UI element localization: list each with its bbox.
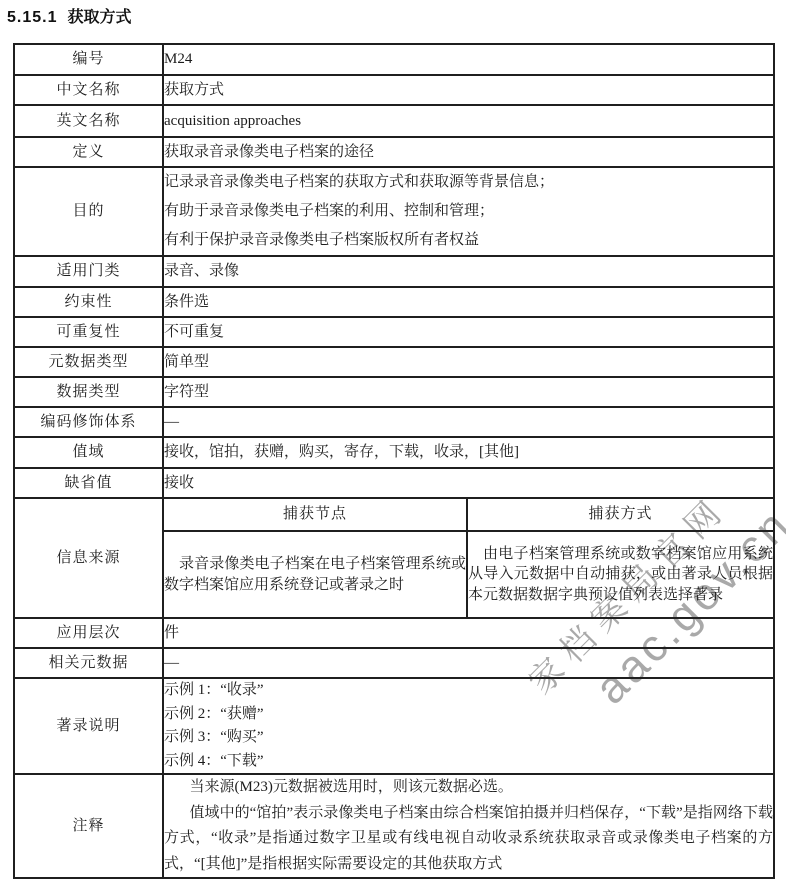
row-applicable-categories: 适用门类 录音、录像 bbox=[14, 256, 774, 287]
row-constraint-label: 约束性 bbox=[14, 287, 163, 317]
row-number: 编号 M24 bbox=[14, 44, 774, 75]
row-application-level: 应用层次 件 bbox=[14, 618, 774, 648]
purpose-line-3: 有利于保护录音录像类电子档案版权所有者权益 bbox=[164, 226, 773, 255]
row-encoding-scheme: 编码修饰体系 — bbox=[14, 407, 774, 437]
row-value-domain-value: 接收，馆拍，获赠，购买，寄存，下载，收录，[其他] bbox=[163, 437, 774, 468]
capture-node-cell: 录音录像类电子档案在电子档案管理系统或数字档案馆应用系统登记或著录之时 bbox=[163, 531, 467, 618]
row-value-domain: 值域 接收，馆拍，获赠，购买，寄存，下载，收录，[其他] bbox=[14, 437, 774, 468]
row-english-name-label: 英文名称 bbox=[14, 105, 163, 137]
remarks-paragraph-1: 当来源(M23)元数据被选用时，则该元数据必选。 bbox=[164, 775, 773, 801]
row-repeatability-label: 可重复性 bbox=[14, 317, 163, 347]
row-application-level-value: 件 bbox=[163, 618, 774, 648]
row-definition-value: 获取录音录像类电子档案的途径 bbox=[163, 137, 774, 167]
row-default-value: 缺省值 接收 bbox=[14, 468, 774, 498]
row-application-level-label: 应用层次 bbox=[14, 618, 163, 648]
section-number: 5.15.1 bbox=[7, 9, 57, 26]
row-definition: 定义 获取录音录像类电子档案的途径 bbox=[14, 137, 774, 167]
row-chinese-name: 中文名称 获取方式 bbox=[14, 75, 774, 105]
example-line-4: 示例 4：“下载” bbox=[164, 750, 773, 774]
row-encoding-scheme-label: 编码修饰体系 bbox=[14, 407, 163, 437]
row-english-name-value: acquisition approaches bbox=[163, 105, 774, 137]
row-metadata-type: 元数据类型 简单型 bbox=[14, 347, 774, 377]
capture-method-text: 由电子档案管理系统或数字档案馆应用系统从导入元数据中自动捕获，或由著录人员根据本… bbox=[468, 544, 773, 605]
section-title: 5.15.1获取方式 bbox=[7, 4, 132, 27]
document-page: 家档案局官网 aac.gov.cn 5.15.1获取方式 编号 M24 中文名称… bbox=[0, 0, 786, 889]
row-value-domain-label: 值域 bbox=[14, 437, 163, 468]
row-chinese-name-value: 获取方式 bbox=[163, 75, 774, 105]
row-constraint-value: 条件选 bbox=[163, 287, 774, 317]
row-remarks: 注释 当来源(M23)元数据被选用时，则该元数据必选。 值域中的“馆拍”表示录像… bbox=[14, 774, 774, 878]
row-info-source-label: 信息来源 bbox=[14, 498, 163, 618]
row-related-metadata: 相关元数据 — bbox=[14, 648, 774, 678]
remarks-paragraph-2: 值域中的“馆拍”表示录像类电子档案由综合档案馆拍摄并归档保存，“下载”是指网络下… bbox=[164, 801, 773, 878]
row-applicable-categories-label: 适用门类 bbox=[14, 256, 163, 287]
capture-method-header: 捕获方式 bbox=[467, 498, 774, 531]
row-repeatability: 可重复性 不可重复 bbox=[14, 317, 774, 347]
row-related-metadata-label: 相关元数据 bbox=[14, 648, 163, 678]
row-number-label: 编号 bbox=[14, 44, 163, 75]
capture-node-text: 录音录像类电子档案在电子档案管理系统或数字档案馆应用系统登记或著录之时 bbox=[164, 554, 466, 595]
row-metadata-type-label: 元数据类型 bbox=[14, 347, 163, 377]
row-remarks-value: 当来源(M23)元数据被选用时，则该元数据必选。 值域中的“馆拍”表示录像类电子… bbox=[163, 774, 774, 878]
metadata-spec-table: 编号 M24 中文名称 获取方式 英文名称 acquisition approa… bbox=[13, 43, 775, 879]
example-line-2: 示例 2：“获赠” bbox=[164, 703, 773, 727]
row-definition-label: 定义 bbox=[14, 137, 163, 167]
row-purpose-value: 记录录音录像类电子档案的获取方式和获取源等背景信息； 有助于录音录像类电子档案的… bbox=[163, 167, 774, 256]
row-number-value: M24 bbox=[163, 44, 774, 75]
purpose-line-2: 有助于录音录像类电子档案的利用、控制和管理； bbox=[164, 197, 773, 226]
row-applicable-categories-value: 录音、录像 bbox=[163, 256, 774, 287]
capture-node-header: 捕获节点 bbox=[163, 498, 467, 531]
row-info-source-header: 信息来源 捕获节点 捕获方式 bbox=[14, 498, 774, 531]
row-purpose: 目的 记录录音录像类电子档案的获取方式和获取源等背景信息； 有助于录音录像类电子… bbox=[14, 167, 774, 256]
row-description-notes-label: 著录说明 bbox=[14, 678, 163, 774]
example-line-1: 示例 1：“收录” bbox=[164, 679, 773, 703]
row-data-type: 数据类型 字符型 bbox=[14, 377, 774, 407]
section-name: 获取方式 bbox=[67, 9, 131, 26]
row-remarks-label: 注释 bbox=[14, 774, 163, 878]
row-encoding-scheme-value: — bbox=[163, 407, 774, 437]
row-data-type-value: 字符型 bbox=[163, 377, 774, 407]
example-line-3: 示例 3：“购买” bbox=[164, 726, 773, 750]
row-default-value-value: 接收 bbox=[163, 468, 774, 498]
purpose-line-1: 记录录音录像类电子档案的获取方式和获取源等背景信息； bbox=[164, 168, 773, 197]
capture-method-cell: 由电子档案管理系统或数字档案馆应用系统从导入元数据中自动捕获，或由著录人员根据本… bbox=[467, 531, 774, 618]
row-default-value-label: 缺省值 bbox=[14, 468, 163, 498]
row-description-notes-value: 示例 1：“收录” 示例 2：“获赠” 示例 3：“购买” 示例 4：“下载” bbox=[163, 678, 774, 774]
row-english-name: 英文名称 acquisition approaches bbox=[14, 105, 774, 137]
row-repeatability-value: 不可重复 bbox=[163, 317, 774, 347]
row-purpose-label: 目的 bbox=[14, 167, 163, 256]
row-description-notes: 著录说明 示例 1：“收录” 示例 2：“获赠” 示例 3：“购买” 示例 4：… bbox=[14, 678, 774, 774]
row-data-type-label: 数据类型 bbox=[14, 377, 163, 407]
row-constraint: 约束性 条件选 bbox=[14, 287, 774, 317]
row-related-metadata-value: — bbox=[163, 648, 774, 678]
row-chinese-name-label: 中文名称 bbox=[14, 75, 163, 105]
row-metadata-type-value: 简单型 bbox=[163, 347, 774, 377]
